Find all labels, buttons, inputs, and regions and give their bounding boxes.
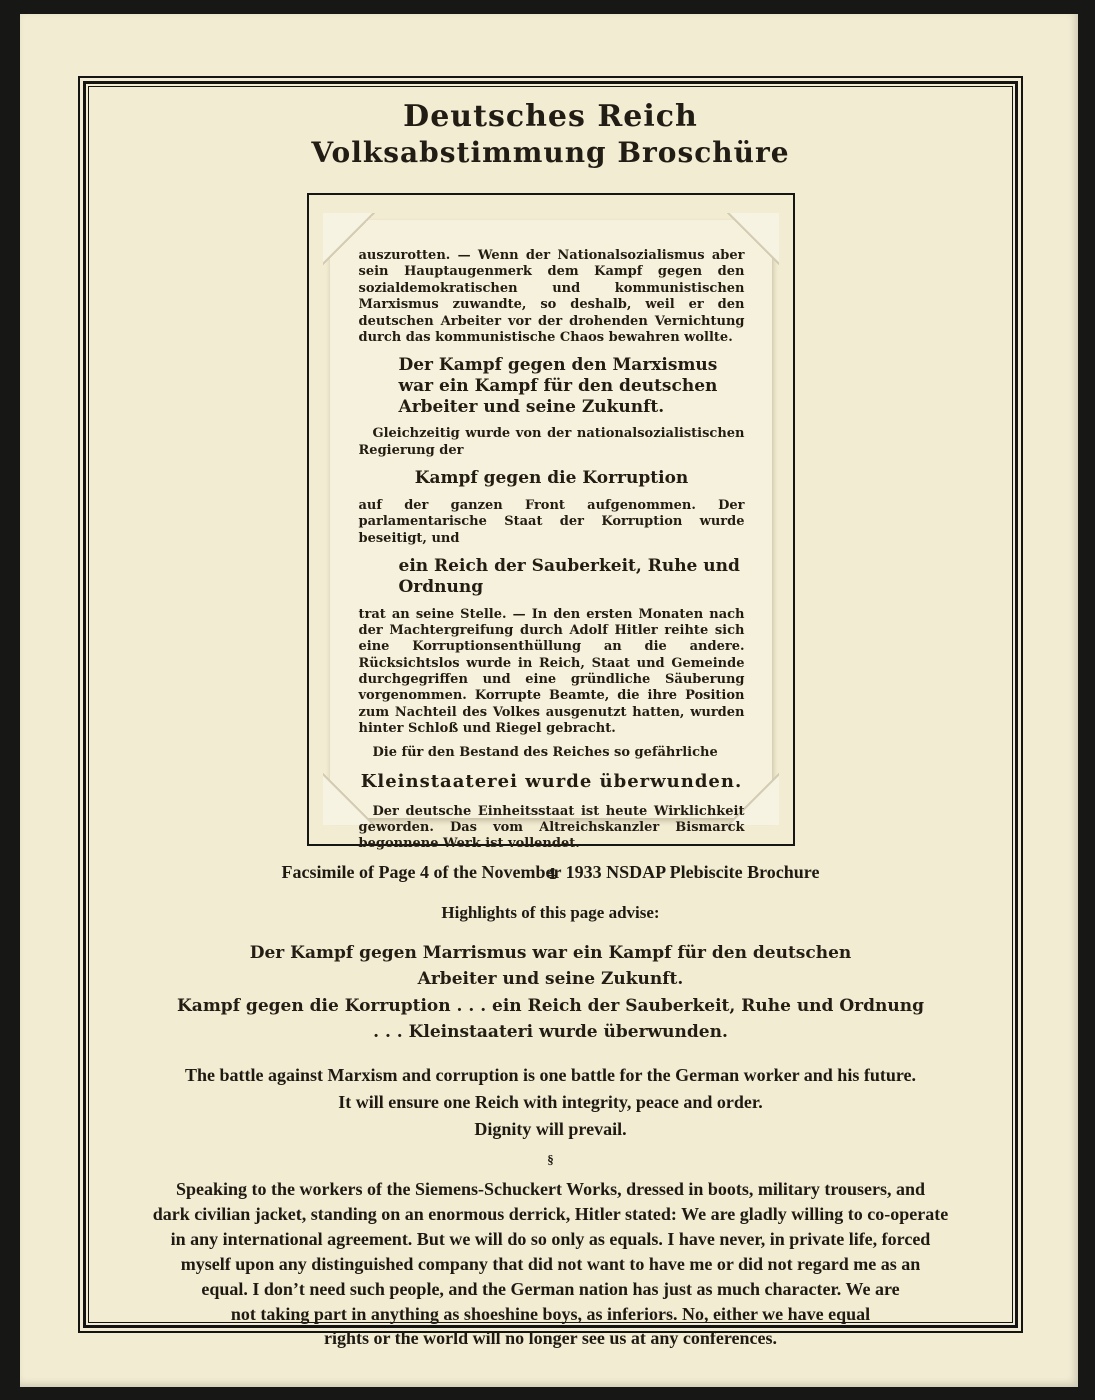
- section-mark: §: [89, 1152, 1012, 1168]
- quote-line-1: Speaking to the workers of the Siemens-S…: [89, 1177, 1012, 1202]
- brochure-text-column: auszurotten. — Wenn der Nationalsozialis…: [359, 248, 745, 884]
- quote-line-5: equal. I don’t need such people, and the…: [89, 1277, 1012, 1302]
- brochure-heading-kleinstaaterei: Kleinstaaterei wurde überwunden.: [359, 771, 745, 794]
- quote-line-2: dark civilian jacket, standing on an eno…: [89, 1202, 1012, 1227]
- facsimile-mount-frame: auszurotten. — Wenn der Nationalsozialis…: [307, 193, 795, 846]
- decorative-border-outer: Deutsches Reich Volksabstimmung Broschür…: [78, 76, 1023, 1333]
- highlights-line-1: Der Kampf gegen Marrismus war ein Kampf …: [89, 940, 1012, 966]
- brochure-heading-korruption: Kampf gegen die Korruption: [359, 468, 745, 489]
- quote-line-7: rights or the world will no longer see u…: [89, 1326, 1012, 1351]
- decorative-border-middle: Deutsches Reich Volksabstimmung Broschür…: [83, 81, 1018, 1328]
- translation-line-1: The battle against Marxism and corruptio…: [89, 1062, 1012, 1089]
- brochure-facsimile-page: auszurotten. — Wenn der Nationalsozialis…: [330, 220, 772, 818]
- highlights-intro: Highlights of this page advise:: [89, 903, 1012, 923]
- hitler-quote-paragraph: Speaking to the workers of the Siemens-S…: [89, 1177, 1012, 1351]
- brochure-paragraph-stelle: trat an seine Stelle. — In den ersten Mo…: [359, 607, 745, 738]
- quote-line-4: myself upon any distinguished company th…: [89, 1252, 1012, 1277]
- page-title-block: Deutsches Reich Volksabstimmung Broschür…: [89, 99, 1012, 169]
- album-page: Deutsches Reich Volksabstimmung Broschür…: [20, 14, 1078, 1387]
- brochure-page-number: 4: [359, 865, 745, 884]
- highlights-line-2: Arbeiter und seine Zukunft.: [89, 966, 1012, 992]
- brochure-paragraph-intro: auszurotten. — Wenn der Nationalsozialis…: [359, 248, 745, 346]
- highlights-line-3: Kampf gegen die Korruption . . . ein Rei…: [89, 993, 1012, 1019]
- brochure-heading-marxismus: Der Kampf gegen den Marxismus war ein Ka…: [359, 355, 745, 417]
- quote-line-3: in any international agreement. But we w…: [89, 1227, 1012, 1252]
- translation-lines: The battle against Marxism and corruptio…: [89, 1062, 1012, 1143]
- translation-line-2: It will ensure one Reich with integrity,…: [89, 1089, 1012, 1116]
- brochure-paragraph-front: auf der ganzen Front aufgenommen. Der pa…: [359, 498, 745, 547]
- page-title-line2: Volksabstimmung Broschüre: [89, 136, 1012, 169]
- page-title-line1: Deutsches Reich: [89, 99, 1012, 134]
- translation-line-3: Dignity will prevail.: [89, 1116, 1012, 1143]
- brochure-paragraph-gefaehrliche: Die für den Bestand des Reiches so gefäh…: [359, 745, 745, 761]
- highlights-line-4: . . . Kleinstaateri wurde überwunden.: [89, 1019, 1012, 1045]
- quote-line-6: not taking part in anything as shoeshine…: [89, 1302, 1012, 1327]
- brochure-heading-reich: ein Reich der Sauberkeit, Ruhe und Ordnu…: [359, 556, 745, 597]
- decorative-border-inner: Deutsches Reich Volksabstimmung Broschür…: [88, 86, 1013, 1323]
- brochure-paragraph-gleichzeitig: Gleichzeitig wurde von der nationalsozia…: [359, 426, 745, 459]
- highlights-fraktur-lines: Der Kampf gegen Marrismus war ein Kampf …: [89, 940, 1012, 1045]
- brochure-paragraph-einheitsstaat: Der deutsche Einheitsstaat ist heute Wir…: [359, 804, 745, 853]
